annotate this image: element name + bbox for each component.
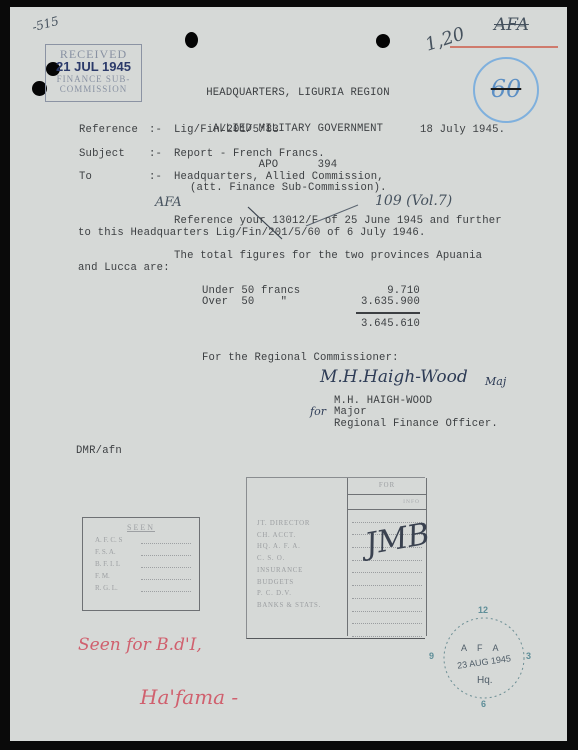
routing-row: C. S. O.	[257, 553, 321, 565]
figure-label-over50: Over 50 "	[202, 296, 287, 308]
routing-row: JT. DIRECTOR	[257, 518, 321, 530]
seen-stamp-title: SEEN	[83, 523, 199, 532]
postmark-clock-6: 6	[481, 699, 486, 709]
routing-row: INSURANCE	[257, 565, 321, 577]
reference-initials: DMR/afn	[76, 445, 122, 457]
seen-row: R. G. L.	[95, 584, 199, 592]
signatory-title: Regional Finance Officer.	[334, 418, 498, 430]
seen-row-label: F. M.	[95, 572, 135, 580]
signature: M.H.Haigh-Wood	[320, 367, 468, 387]
routing-stamp: JT. DIRECTOR CH. ACCT. HQ. A. F. A. C. S…	[246, 477, 425, 639]
seen-row-label: F. S. A.	[95, 548, 135, 556]
postmark-clock-9: 9	[429, 651, 434, 661]
postmark-place: Hq.	[477, 675, 493, 686]
seen-row: A. F. C. S	[95, 536, 199, 544]
routing-row: BANKS & STATS.	[257, 600, 321, 612]
body-para2-line2: and Lucca are:	[78, 262, 170, 274]
seen-row-label: R. G. L.	[95, 584, 135, 592]
routing-row: P. C. D.V.	[257, 588, 321, 600]
postmark-org: A F A	[461, 643, 503, 653]
seen-row: B. F. I. L	[95, 560, 199, 568]
postmark-clock-3: 3	[526, 651, 531, 661]
postmark-clock-12: 12	[478, 605, 488, 615]
routing-list: JT. DIRECTOR CH. ACCT. HQ. A. F. A. C. S…	[257, 518, 321, 612]
red-pencil-note-line2: Ha'fama -	[140, 685, 238, 709]
seen-row: F. S. A.	[95, 548, 199, 556]
routing-row: HQ. A. F. A.	[257, 541, 321, 553]
routing-row: CH. ACCT.	[257, 530, 321, 542]
document-page: -515 RECEIVED 21 JUL 1945 FINANCE SUB- C…	[10, 7, 567, 741]
body-para1-line2: to this Headquarters Lig/Fin/201/5/60 of…	[78, 227, 426, 239]
signatory-rank: Major	[334, 406, 367, 418]
body-para2-line1: The total figures for the two provinces …	[174, 250, 482, 262]
sum-rule	[356, 312, 420, 314]
seen-row-label: A. F. C. S	[95, 536, 135, 544]
per-mark: for	[310, 405, 326, 418]
body-para1-line1: Reference your 13012/F of 25 June 1945 a…	[174, 215, 502, 227]
signature-rank: Maj	[485, 375, 506, 388]
figure-value-over50: 3.635.900	[348, 296, 420, 308]
figure-total: 3.645.610	[348, 318, 420, 330]
seen-row: F. M.	[95, 572, 199, 580]
afa-postmark: 12 3 6 9 A F A 23 AUG 1945 Hq.	[433, 607, 535, 709]
routing-header-info: INFO	[348, 495, 426, 510]
red-pencil-note-line1: Seen for B.d'I,	[78, 635, 202, 655]
seen-stamp: SEEN A. F. C. S F. S. A. B. F. I. L F. M…	[82, 517, 200, 611]
seen-row-label: B. F. I. L	[95, 560, 135, 568]
routing-row: BUDGETS	[257, 577, 321, 589]
for-commissioner: For the Regional Commissioner:	[202, 352, 399, 364]
routing-header-for: FOR	[348, 478, 426, 495]
